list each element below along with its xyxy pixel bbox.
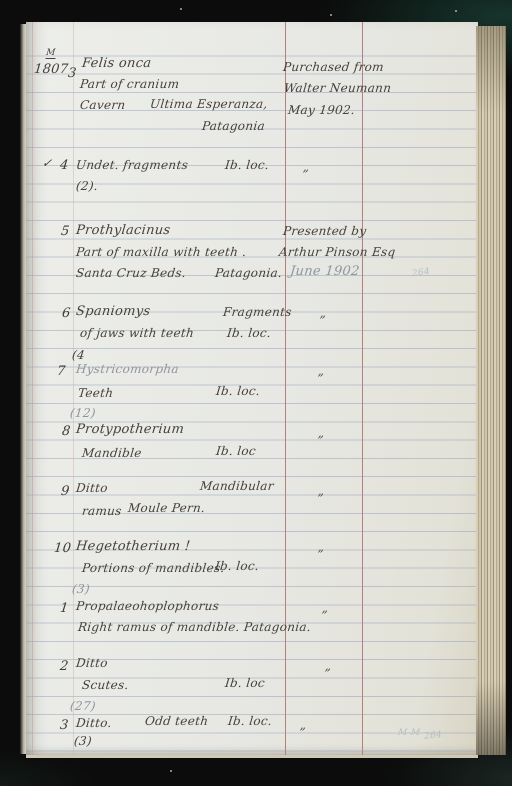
entry-description: of jaws with teeth xyxy=(79,326,195,340)
entry-number: 6 xyxy=(61,306,71,321)
entry-locality: Ib. loc. xyxy=(227,714,273,728)
book-fore-edge xyxy=(476,26,506,755)
dust-speck xyxy=(330,14,332,16)
entry-taxon: Hegetotherium ! xyxy=(75,539,191,554)
entry-number: 9 xyxy=(60,484,70,499)
dust-speck xyxy=(180,8,182,10)
entry-locality: Cavern xyxy=(79,98,126,112)
margin-rule-left xyxy=(32,22,33,755)
entry-description: Teeth xyxy=(77,386,114,400)
ledger-photo: { "document_type": "museum-specimen-regi… xyxy=(0,0,512,786)
entry-taxon: Protypotherium xyxy=(75,422,185,437)
entry-taxon: Hystricomorpha xyxy=(75,362,179,376)
catalog-suffix: 3 xyxy=(67,66,77,81)
dust-speck xyxy=(455,10,457,12)
specimen-count: (12) xyxy=(69,406,96,420)
entry-locality: Ib. loc. xyxy=(214,559,260,573)
entry-locality: Ib. loc. xyxy=(224,158,270,172)
entry-description: ramus xyxy=(81,504,122,518)
entry-strata: Santa Cruz Beds. xyxy=(75,266,187,280)
entry-taxon: Ditto. xyxy=(75,716,112,730)
entry-description: Part of cranium xyxy=(79,77,180,91)
acquisition-name: Walter Neumann xyxy=(283,81,392,95)
entry-taxon: Felis onca xyxy=(81,56,152,71)
specimen-count: (3) xyxy=(71,582,90,596)
entry-number: 3 xyxy=(59,718,69,733)
acquisition-date: June 1902 xyxy=(289,264,360,279)
acquisition-name: Arthur Pinson Esq xyxy=(278,245,396,259)
entry-locality: Moule Pern. xyxy=(127,501,206,515)
entry-taxon: Propalaeohoplophorus xyxy=(75,599,220,613)
entry-description: Undet. fragments xyxy=(75,158,189,172)
entry-number: 5 xyxy=(60,224,70,239)
specimen-count: (3) xyxy=(73,734,92,748)
entry-locality: Ultima Esperanza, xyxy=(149,97,268,111)
entry-note: Odd teeth xyxy=(144,714,209,728)
entry-region: Patagonia xyxy=(201,119,265,133)
specimen-count: (27) xyxy=(69,699,96,713)
entry-note: Mandibular xyxy=(199,479,274,493)
entry-taxon: Prothylacinus xyxy=(75,223,171,238)
entry-description: Part of maxilla with teeth . xyxy=(75,245,247,259)
entry-locality: Ib. loc. xyxy=(215,384,261,398)
entry-number: 4 xyxy=(59,158,69,173)
pencil-margin-note: 264 xyxy=(424,730,443,742)
entry-number: 1 xyxy=(59,601,69,616)
acquisition-line: Purchased from xyxy=(282,60,384,74)
acquisition-date: May 1902. xyxy=(287,103,356,117)
catalog-prefix: M xyxy=(45,48,56,59)
entry-description: Mandible xyxy=(81,446,142,460)
red-column-rule-1 xyxy=(285,22,286,755)
entry-locality: Ib. loc xyxy=(215,444,256,458)
catalog-number: 1807 xyxy=(33,62,69,77)
entry-region: Patagonia. xyxy=(214,266,283,280)
entry-number: 2 xyxy=(59,659,69,674)
acquisition-line: Presented by xyxy=(282,224,367,238)
entry-number: 8 xyxy=(61,424,71,439)
number-column-rule xyxy=(73,22,74,755)
entry-number: 10 xyxy=(53,541,72,556)
entry-description: Right ramus of mandible. Patagonia. xyxy=(77,620,311,634)
entry-description: Scutes. xyxy=(81,678,129,692)
entry-taxon: Ditto xyxy=(75,656,108,670)
entry-taxon: Spaniomys xyxy=(75,304,151,319)
check-mark: ✓ xyxy=(41,156,53,170)
pencil-margin-note: M M xyxy=(397,728,420,738)
entry-description: Portions of mandibles. xyxy=(81,561,225,575)
entry-locality: Ib. loc xyxy=(224,676,265,690)
entry-locality: Ib. loc. xyxy=(226,326,272,340)
red-column-rule-2 xyxy=(362,22,363,755)
entry-number: 7 xyxy=(56,364,66,379)
specimen-count: (4 xyxy=(71,348,85,362)
specimen-count: (2). xyxy=(75,179,98,193)
register-page: M 1807 3 Felis onca Part of cranium Cave… xyxy=(26,22,478,758)
entry-taxon: Ditto xyxy=(75,481,108,495)
entry-note: Fragments xyxy=(222,305,292,319)
dust-speck xyxy=(170,770,172,772)
